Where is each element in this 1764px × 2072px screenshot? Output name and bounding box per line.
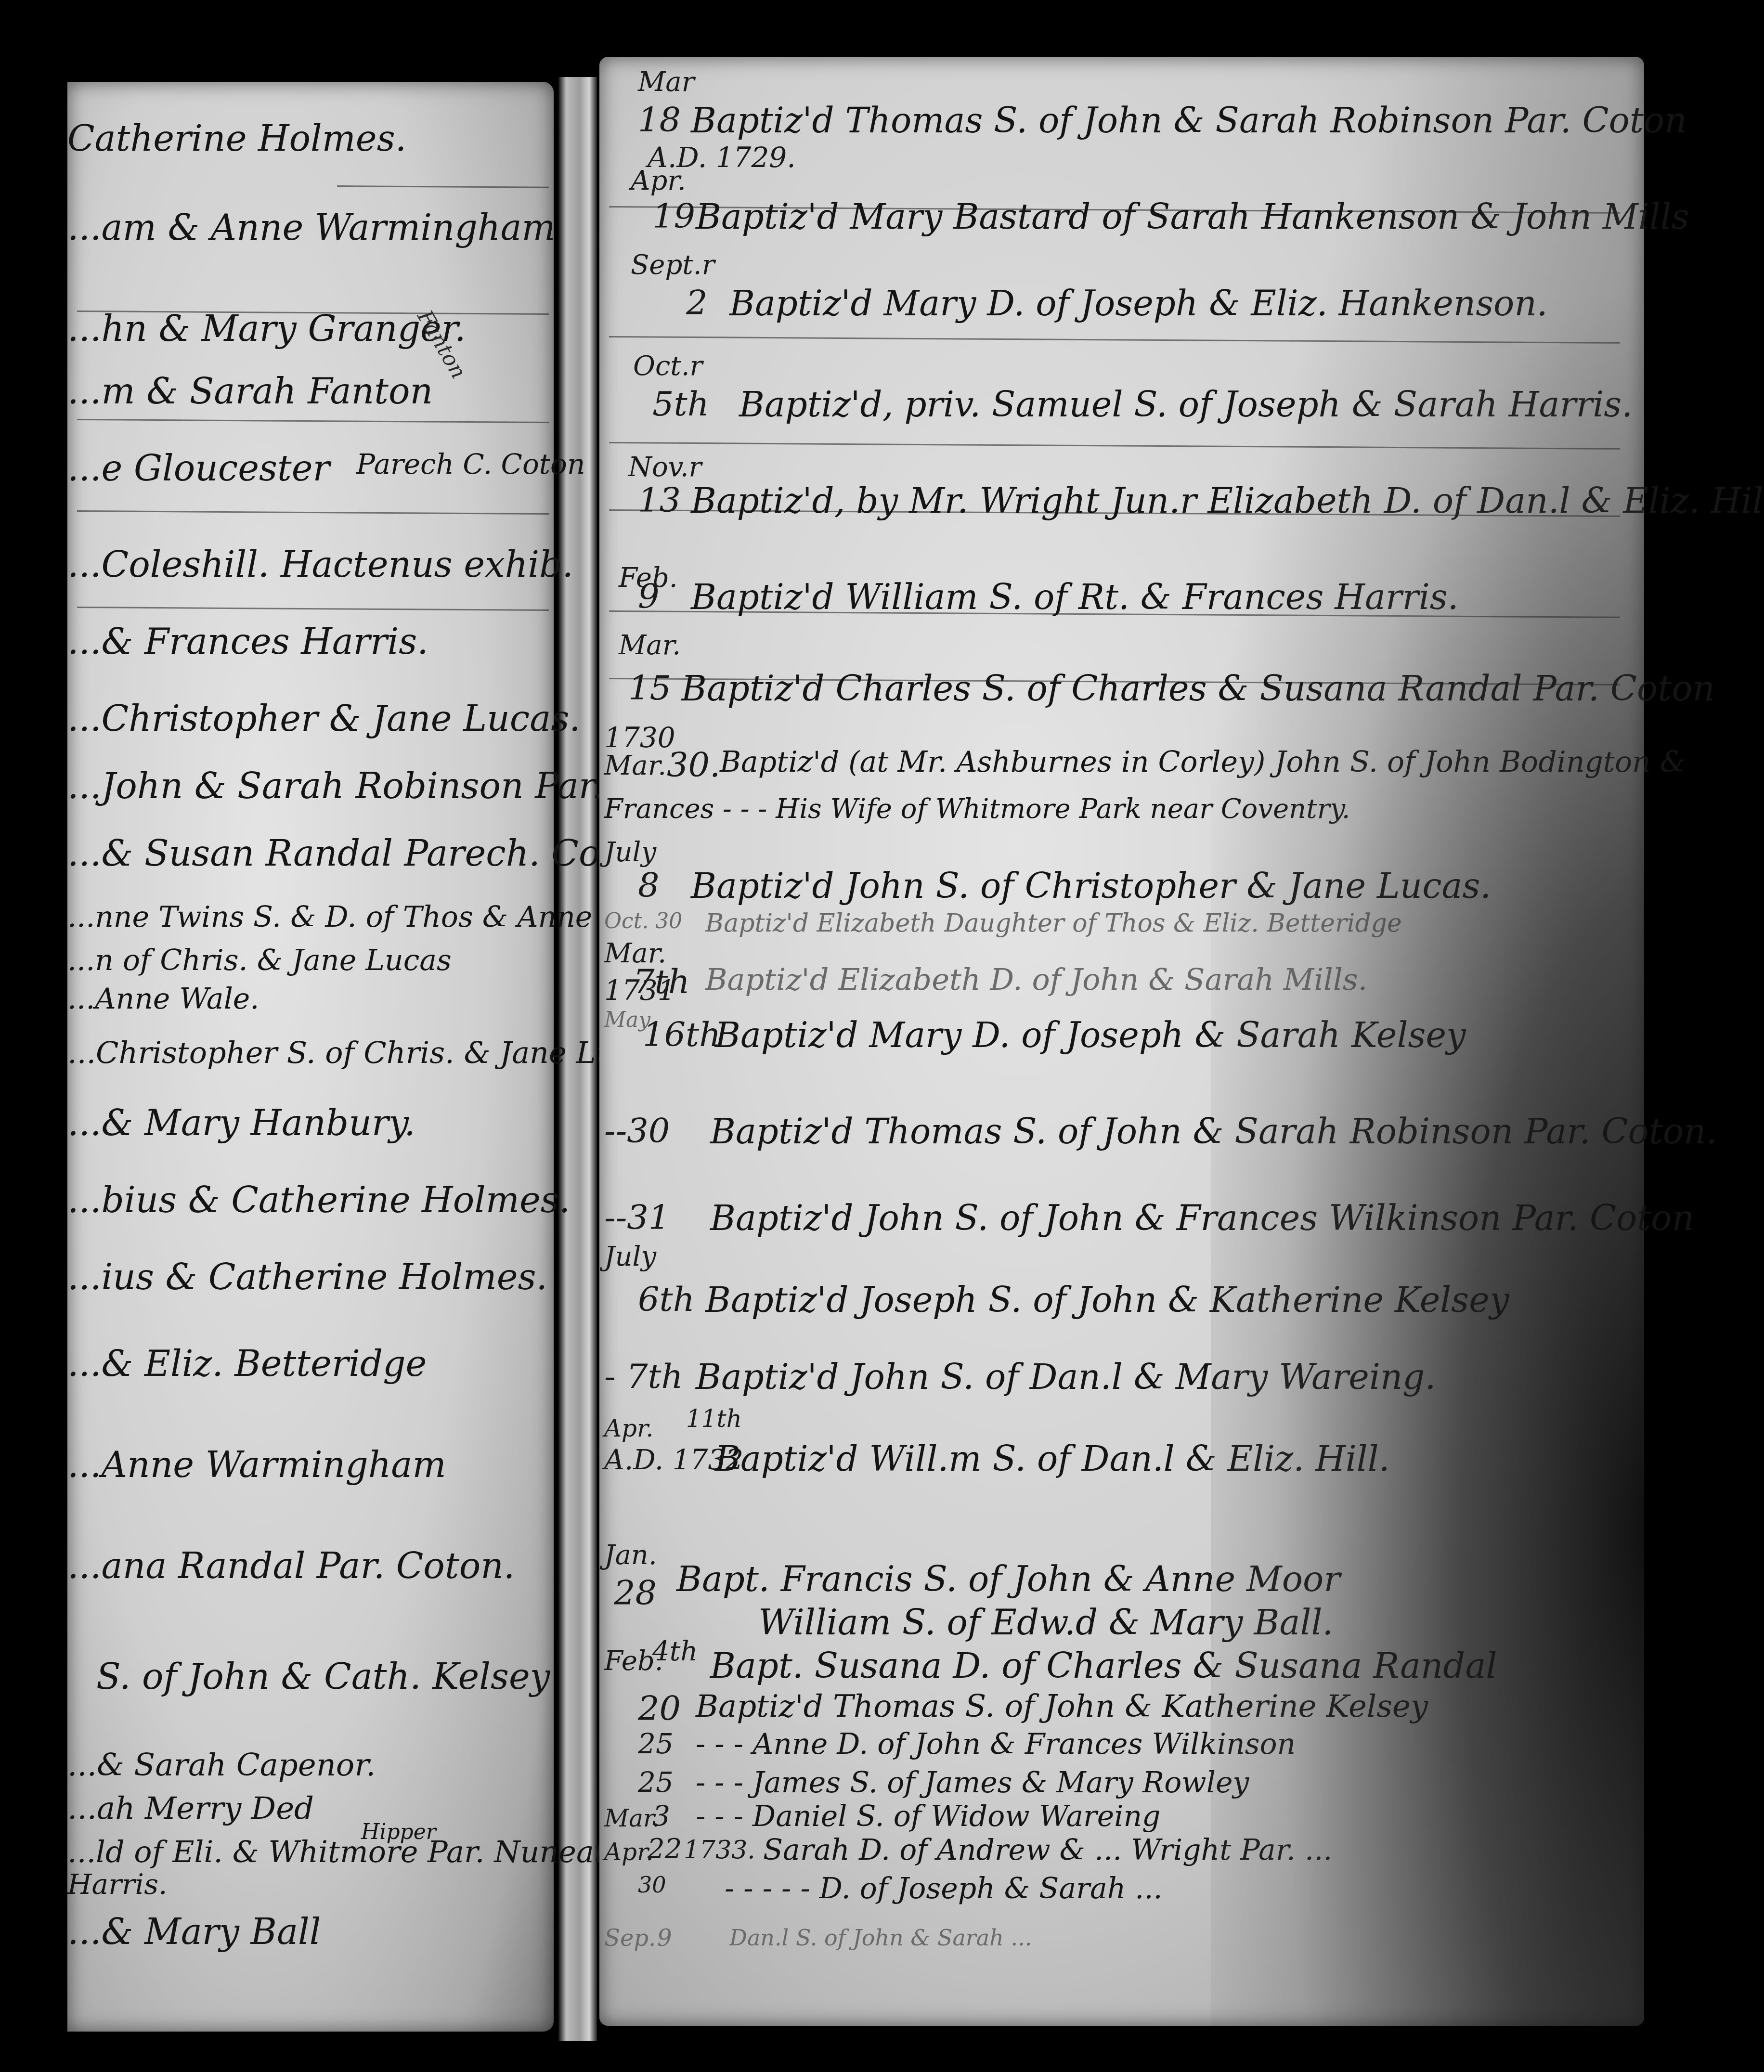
entry-text: William S. of Edw.d & Mary Ball.	[758, 1602, 1333, 1643]
entry-text: Baptiz'd Thomas S. of John & Katherine K…	[696, 1689, 1428, 1724]
entry-day: 25	[638, 1727, 674, 1760]
entry-text: Baptiz'd William S. of Rt. & Frances Har…	[691, 577, 1459, 617]
entry-text: Baptiz'd Joseph S. of John & Katherine K…	[705, 1280, 1509, 1320]
register-line: ...nne Twins S. & D. of Thos & Anne Bra.…	[67, 900, 681, 934]
entry-day: 16th	[643, 1015, 721, 1054]
entry-month: Mar.	[604, 1804, 660, 1832]
register-line: Catherine Holmes.	[67, 118, 406, 159]
ruled-line	[77, 607, 549, 611]
register-line: ...& Sarah Capenor.	[67, 1748, 376, 1783]
entry-year: 1733.	[684, 1836, 755, 1865]
entry-day: 30.	[667, 745, 720, 785]
entry-text: Baptiz'd, by Mr. Wright Jun.r Elizabeth …	[691, 480, 1764, 521]
register-line: ...& Eliz. Betteridge	[67, 1343, 427, 1385]
entry-day: 30	[638, 1872, 666, 1898]
entry-text: Dan.l S. of John & Sarah ...	[729, 1925, 1032, 1951]
entry-day: 18	[638, 100, 681, 140]
entry-month: Oct. 30	[604, 909, 682, 933]
entry-day: 2	[686, 283, 708, 323]
entry-month: Sep.	[604, 1925, 656, 1952]
entry-text: Baptiz'd John S. of John & Frances Wilki…	[710, 1198, 1694, 1238]
register-line: ...& Susan Randal Parech. Coton.	[67, 833, 670, 874]
entry-text: Sarah D. of Andrew & ... Wright Par. ...	[763, 1833, 1332, 1867]
entry-month: Apr.	[631, 165, 686, 196]
margin-note: Hipper	[361, 1820, 436, 1844]
entry-day: 6th	[638, 1280, 695, 1319]
entry-day: 9	[657, 1925, 672, 1952]
register-line: ...bius & Catherine Holmes.	[67, 1179, 570, 1221]
ruled-line	[609, 336, 1620, 344]
entry-text: Baptiz'd Elizabeth D. of John & Sarah Mi…	[705, 962, 1367, 997]
entry-day: 11th	[686, 1405, 742, 1433]
ruled-line	[609, 442, 1620, 450]
register-line: ...ius & Catherine Holmes.	[67, 1256, 547, 1298]
entry-day: 15	[628, 668, 671, 708]
register-line: ...m & Sarah Fanton	[67, 371, 433, 412]
register-line: ...hn & Mary Granger.	[67, 308, 466, 350]
entry-day: 9	[638, 577, 660, 616]
entry-month: Apr.	[604, 1838, 653, 1866]
entry-year: 1731	[604, 974, 675, 1007]
entry-text: Baptiz'd Will.m S. of Dan.l & Eliz. Hill…	[715, 1438, 1390, 1479]
entry-month: Nov.r	[628, 452, 701, 483]
register-line: Harris.	[67, 1868, 167, 1901]
register-line: ...Anne Wale.	[67, 982, 259, 1016]
entry-month: Mar.	[604, 750, 666, 781]
register-line: ...John & Sarah Robinson Par. Cot.	[67, 765, 688, 807]
entry-text: Baptiz'd Charles S. of Charles & Susana …	[681, 668, 1715, 709]
register-line: ...Coleshill. Hactenus exhib.	[67, 544, 573, 585]
entry-month: July	[604, 1241, 656, 1272]
entry-day: 3	[652, 1800, 670, 1832]
entry-day: 19	[652, 196, 695, 236]
right-page: Mar 18 Baptiz'd Thomas S. of John & Sara…	[599, 57, 1644, 2026]
register-line: ...Christopher S. of Chris. & Jane Lucas	[67, 1035, 665, 1070]
entry-day: 4th	[652, 1636, 698, 1667]
entry-month: July	[604, 837, 656, 868]
left-page: Catherine Holmes. ...am & Anne Warmingha…	[67, 82, 554, 2032]
entry-text: Baptiz'd, priv. Samuel S. of Joseph & Sa…	[739, 384, 1633, 425]
margin-note: Parech C. Coton	[356, 448, 585, 480]
entry-day: --31	[604, 1198, 670, 1237]
register-line: ...Anne Warmingham	[67, 1444, 446, 1486]
entry-text: Baptiz'd Mary Bastard of Sarah Hankenson…	[696, 196, 1689, 237]
entry-year: 1730	[604, 721, 675, 754]
ruled-line	[77, 419, 549, 423]
register-line: ...& Frances Harris.	[67, 621, 428, 662]
entry-text: - - - Anne D. of John & Frances Wilkinso…	[696, 1727, 1296, 1761]
entry-day: 22	[648, 1833, 682, 1865]
entry-text: Baptiz'd Mary D. of Joseph & Sarah Kelse…	[715, 1015, 1466, 1055]
entry-day: 5th	[652, 384, 709, 424]
register-line: ...& Mary Ball	[67, 1911, 321, 1953]
entry-text: - - - - - D. of Joseph & Sarah ...	[725, 1872, 1163, 1905]
register-line: ...Christopher & Jane Lucas.	[67, 698, 581, 739]
register-line: ...& Mary Hanbury.	[67, 1102, 415, 1144]
register-line: ...e Gloucester	[67, 448, 330, 489]
register-line: ...n of Chris. & Jane Lucas	[67, 944, 452, 977]
entry-month: Mar	[638, 66, 695, 98]
register-line: ...am & Anne Warmingham	[67, 207, 556, 248]
entry-month: Oct.r	[633, 350, 702, 382]
register-line: S. of John & Cath. Kelsey	[96, 1656, 550, 1697]
entry-text: - - - Daniel S. of Widow Wareing	[696, 1800, 1160, 1833]
entry-day: --30	[604, 1111, 670, 1151]
entry-month: Mar.	[619, 630, 681, 661]
entry-text: Bapt. Susana D. of Charles & Susana Rand…	[710, 1645, 1497, 1686]
entry-text: Bapt. Francis S. of John & Anne Moor	[676, 1559, 1340, 1599]
entry-day: 25	[638, 1766, 674, 1799]
entry-month: Jan.	[604, 1540, 657, 1571]
entry-day: - 7th	[604, 1357, 683, 1396]
entry-day: 13	[638, 480, 681, 520]
entry-text: Baptiz'd John S. of Dan.l & Mary Wareing…	[696, 1357, 1436, 1397]
entry-month: Apr.	[604, 1414, 653, 1442]
entry-text: Baptiz'd (at Mr. Ashburnes in Corley) Jo…	[720, 745, 1686, 779]
entry-day: 20	[638, 1689, 681, 1728]
register-line: ...ana Randal Par. Coton.	[67, 1545, 515, 1587]
entry-text: Frances - - - His Wife of Whitmore Park …	[604, 793, 1350, 825]
entry-text: Baptiz'd John S. of Christopher & Jane L…	[691, 866, 1491, 906]
register-line: ...ah Merry Ded	[67, 1791, 314, 1826]
entry-text: Baptiz'd Mary D. of Joseph & Eliz. Hanke…	[729, 283, 1548, 324]
entry-month: Sept.r	[631, 249, 714, 281]
entry-day: 8	[638, 866, 660, 905]
entry-text: - - - James S. of James & Mary Rowley	[696, 1766, 1249, 1800]
entry-day: 28	[614, 1573, 657, 1613]
ruled-line	[77, 510, 549, 515]
entry-text: Baptiz'd Elizabeth Daughter of Thos & El…	[705, 909, 1402, 938]
entry-text: Baptiz'd Thomas S. of John & Sarah Robin…	[710, 1111, 1717, 1152]
entry-text: Baptiz'd Thomas S. of John & Sarah Robin…	[691, 100, 1687, 141]
ruled-line	[337, 185, 549, 188]
register-line: ...ld of Eli. & Whitmore Par. Nuneaton	[67, 1834, 643, 1869]
